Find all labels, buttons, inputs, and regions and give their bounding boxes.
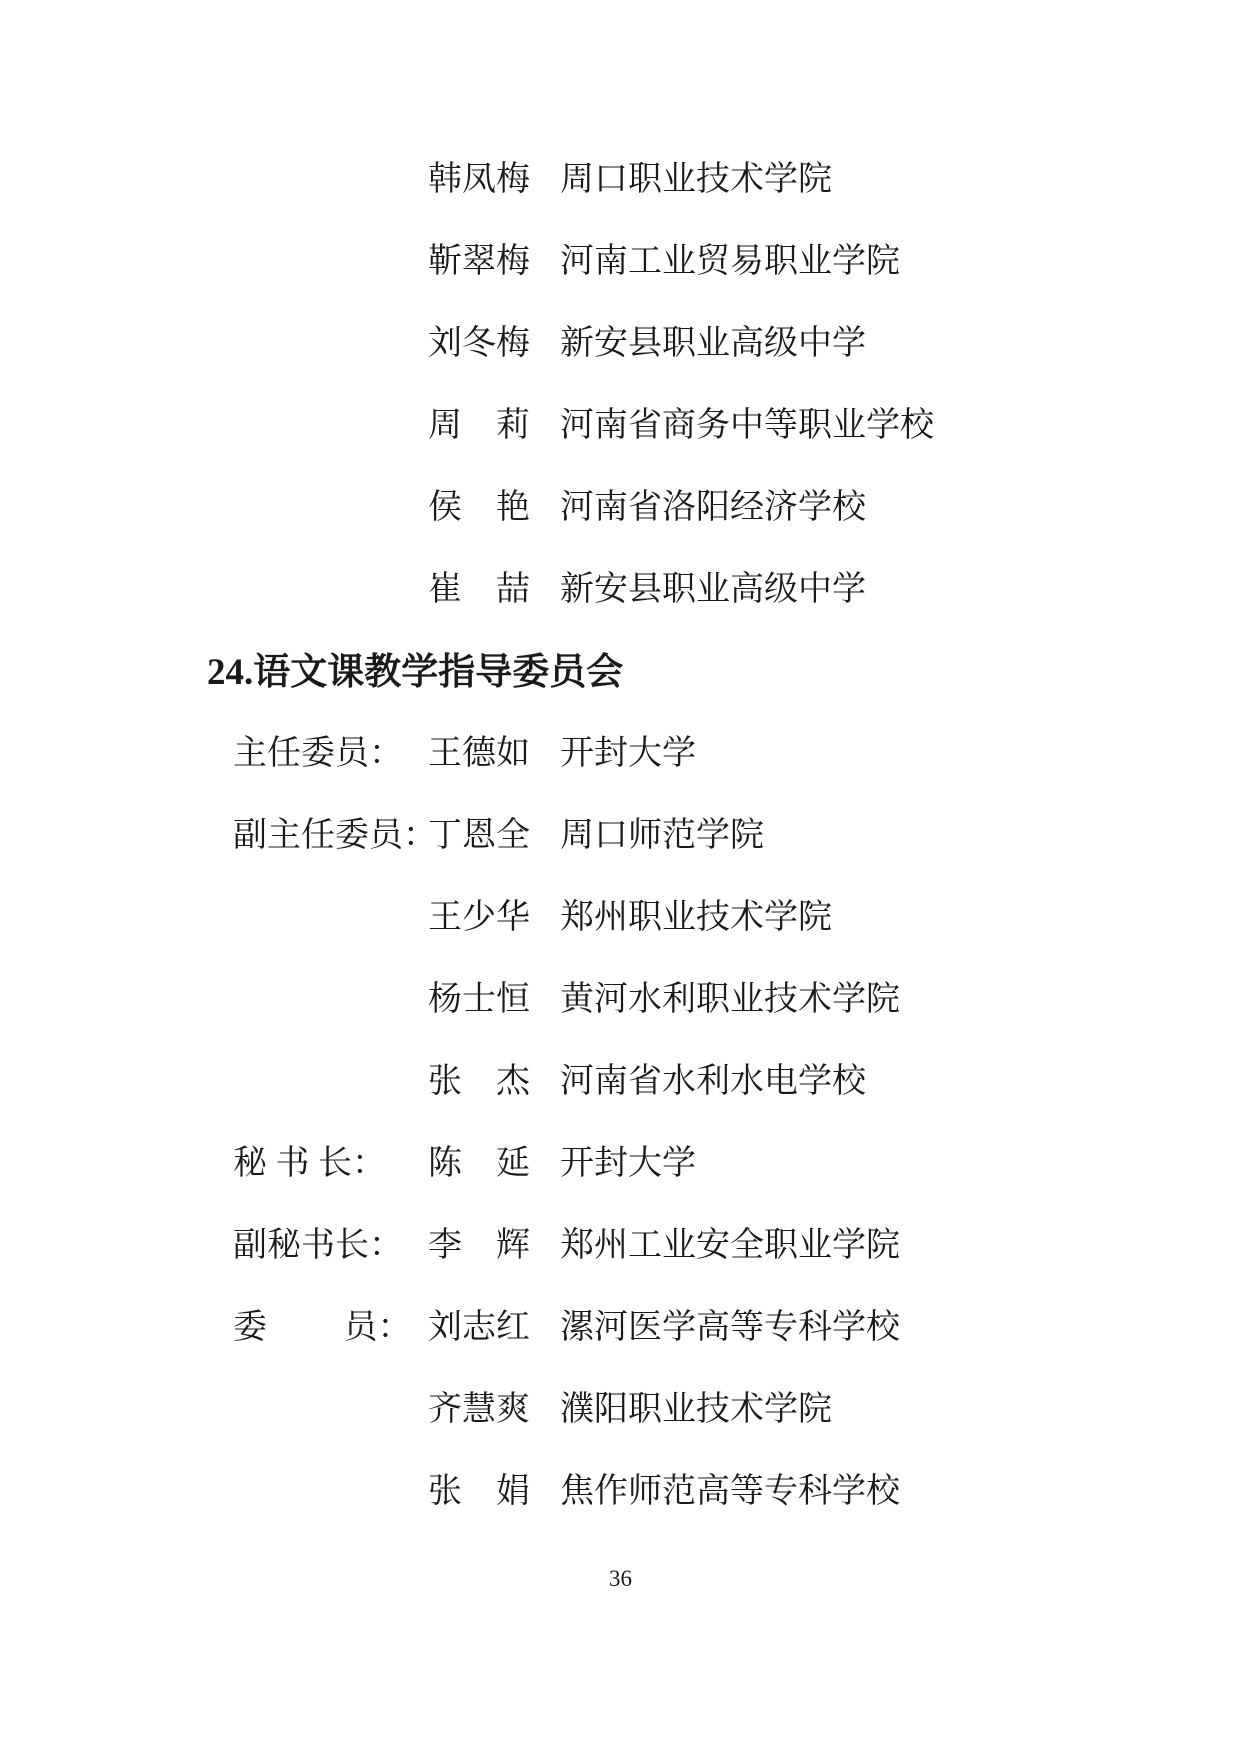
member-name: 王德如	[428, 737, 528, 771]
member-row: 秘 书 长： 陈 延 开封大学	[0, 1123, 1241, 1205]
member-name: 张 杰	[428, 1065, 528, 1099]
continuation-member-list: 韩凤梅 周口职业技术学院 靳翠梅 河南工业贸易职业学院 刘冬梅 新安县职业高级中…	[0, 139, 1241, 631]
member-name: 杨士恒	[428, 983, 528, 1017]
member-name: 陈 延	[428, 1147, 528, 1181]
member-school: 开封大学	[560, 737, 696, 771]
member-school: 黄河水利职业技术学院	[560, 983, 900, 1017]
member-name: 张 娟	[428, 1475, 528, 1509]
role-label: 副秘书长：	[233, 1229, 428, 1263]
member-school: 焦作师范高等专科学校	[560, 1475, 900, 1509]
role-label: 副主任委员：	[233, 819, 428, 853]
role-label: 委 员：	[233, 1311, 428, 1345]
member-row: 靳翠梅 河南工业贸易职业学院	[0, 221, 1241, 303]
member-row: 主任委员： 王德如 开封大学	[0, 713, 1241, 795]
member-name: 齐慧爽	[428, 1393, 528, 1427]
member-row: 副主任委员： 丁恩全 周口师范学院	[0, 795, 1241, 877]
member-row: 王少华 郑州职业技术学院	[0, 877, 1241, 959]
member-school: 周口职业技术学院	[560, 163, 832, 197]
member-name: 丁恩全	[428, 819, 528, 853]
member-name: 崔 喆	[428, 573, 528, 607]
member-row: 崔 喆 新安县职业高级中学	[0, 549, 1241, 631]
member-row: 杨士恒 黄河水利职业技术学院	[0, 959, 1241, 1041]
member-name: 侯 艳	[428, 491, 528, 525]
role-label: 主任委员：	[233, 737, 428, 771]
member-school: 新安县职业高级中学	[560, 327, 866, 361]
member-row: 委 员： 刘志红 漯河医学高等专科学校	[0, 1287, 1241, 1369]
member-school: 开封大学	[560, 1147, 696, 1181]
member-school: 河南工业贸易职业学院	[560, 245, 900, 279]
member-school: 河南省洛阳经济学校	[560, 491, 866, 525]
member-row: 周 莉 河南省商务中等职业学校	[0, 385, 1241, 467]
member-name: 刘冬梅	[428, 327, 528, 361]
role-label: 秘 书 长：	[233, 1147, 428, 1181]
member-school: 周口师范学院	[560, 819, 764, 853]
member-name: 周 莉	[428, 409, 528, 443]
member-row: 刘冬梅 新安县职业高级中学	[0, 303, 1241, 385]
member-school: 河南省商务中等职业学校	[560, 409, 934, 443]
member-name: 李 辉	[428, 1229, 528, 1263]
member-row: 副秘书长： 李 辉 郑州工业安全职业学院	[0, 1205, 1241, 1287]
member-school: 郑州职业技术学院	[560, 901, 832, 935]
member-row: 张 杰 河南省水利水电学校	[0, 1041, 1241, 1123]
member-name: 靳翠梅	[428, 245, 528, 279]
member-row: 齐慧爽 濮阳职业技术学院	[0, 1369, 1241, 1451]
document-page: 韩凤梅 周口职业技术学院 靳翠梅 河南工业贸易职业学院 刘冬梅 新安县职业高级中…	[0, 0, 1241, 1754]
member-name: 韩凤梅	[428, 163, 528, 197]
member-row: 韩凤梅 周口职业技术学院	[0, 139, 1241, 221]
page-number: 36	[0, 1559, 1241, 1599]
section-heading: 24.语文课教学指导委员会	[207, 631, 1241, 713]
member-name: 刘志红	[428, 1311, 528, 1345]
committee-member-list: 主任委员： 王德如 开封大学 副主任委员： 丁恩全 周口师范学院 王少华 郑州职…	[0, 713, 1241, 1533]
member-row: 侯 艳 河南省洛阳经济学校	[0, 467, 1241, 549]
member-school: 河南省水利水电学校	[560, 1065, 866, 1099]
member-school: 漯河医学高等专科学校	[560, 1311, 900, 1345]
member-row: 张 娟 焦作师范高等专科学校	[0, 1451, 1241, 1533]
member-school: 新安县职业高级中学	[560, 573, 866, 607]
member-name: 王少华	[428, 901, 528, 935]
member-school: 郑州工业安全职业学院	[560, 1229, 900, 1263]
member-school: 濮阳职业技术学院	[560, 1393, 832, 1427]
